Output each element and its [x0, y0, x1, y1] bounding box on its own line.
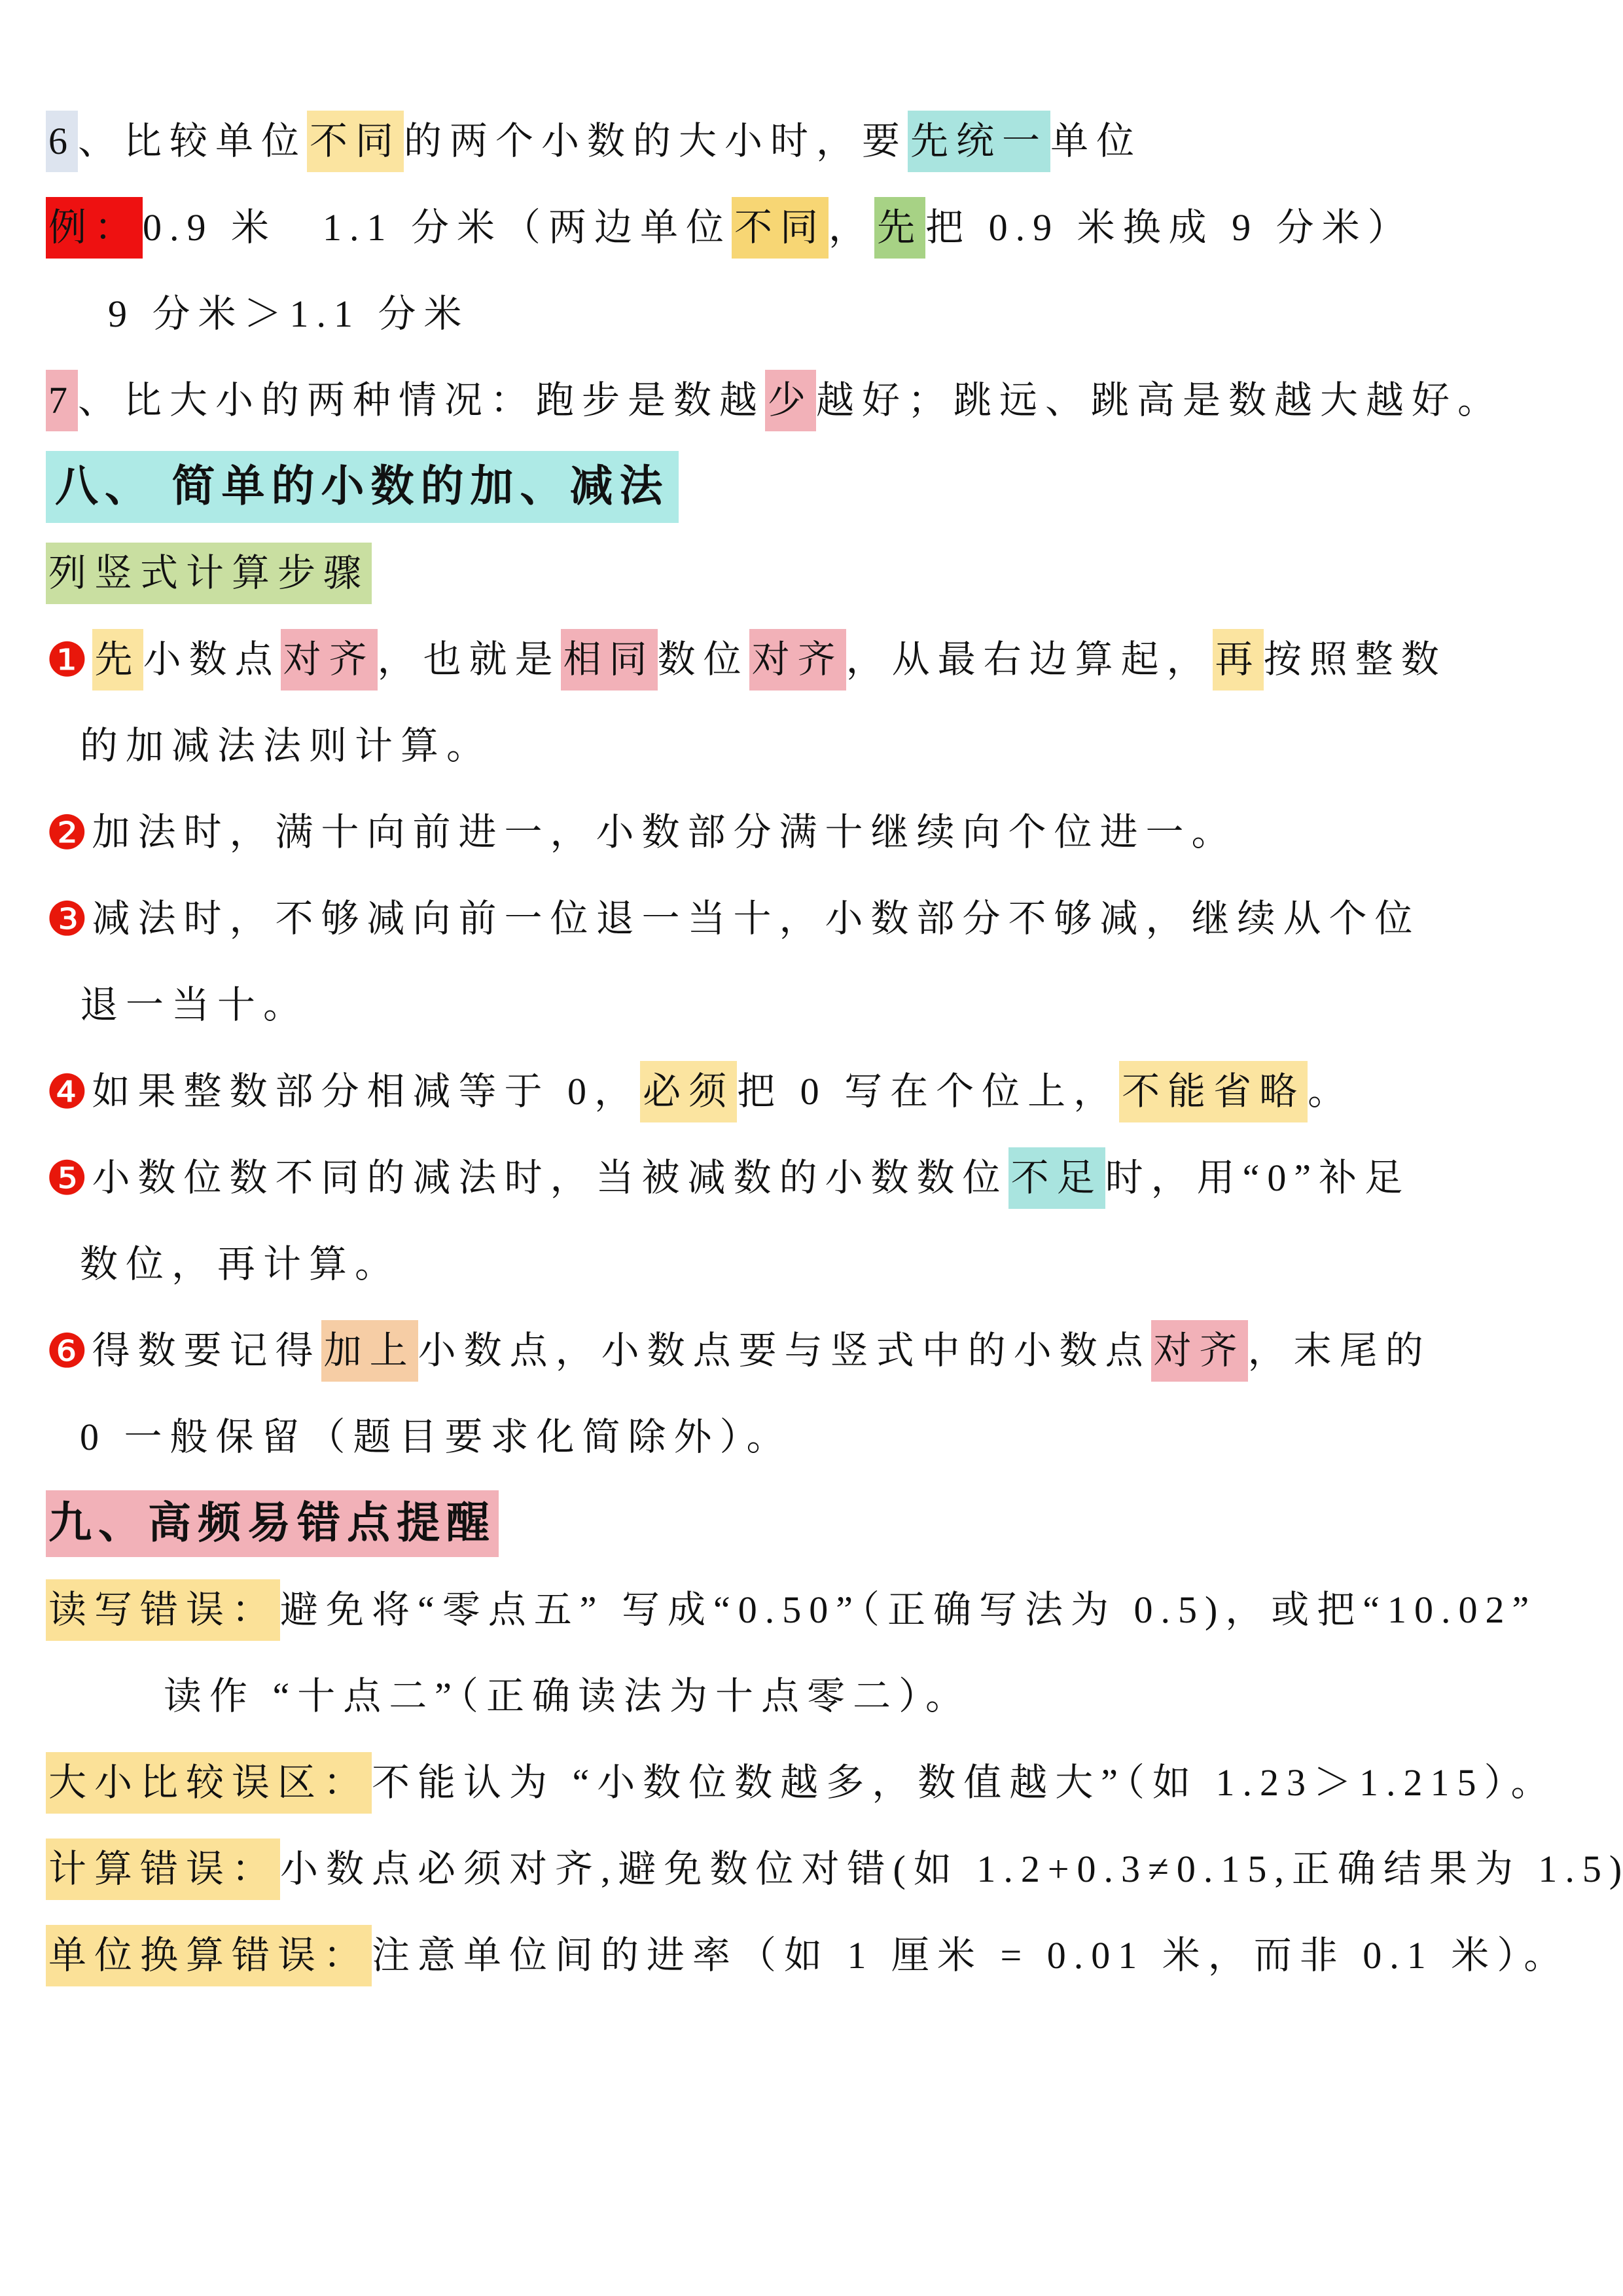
highlighted-text: 对齐 — [281, 629, 378, 691]
plain-text: 小数位数不同的减法时，当被减数的小数数位 — [92, 1159, 1008, 1197]
highlighted-text: 相同 — [561, 629, 658, 691]
highlighted-text: 不同 — [732, 197, 829, 259]
plain-text: 注意单位间的进率（如 1 厘米 = 0.01 米，而非 0.1 米）。 — [372, 1937, 1569, 1975]
plain-text: ，末尾的 — [1248, 1332, 1431, 1370]
subsection-title: 列竖式计算步骤 — [46, 530, 1597, 617]
highlighted-text: 九、高频易错点提醒 — [46, 1490, 499, 1557]
error-unit-line: 单位换算错误：注意单位间的进率（如 1 厘米 = 0.01 米，而非 0.1 米… — [46, 1912, 1597, 1999]
highlighted-text: 不同 — [307, 111, 404, 172]
highlighted-text: 再 — [1213, 629, 1264, 691]
plain-text: 小数点必须对齐,避免数位对错(如 1.2+0.3≠0.15,正确结果为 1.5)… — [280, 1850, 1623, 1888]
point-6-line: 6、比较单位不同的两个小数的大小时，要先统一单位 — [46, 98, 1597, 185]
example-line: 例：0.9 米 1.1 分米（两边单位不同，先把 0.9 米换成 9 分米） — [46, 185, 1597, 271]
step-3-line: ❸减法时，不够减向前一位退一当十，小数部分不够减，继续从个位 — [46, 876, 1597, 962]
plain-text: 0.9 米 1.1 分米（两边单位 — [143, 209, 732, 247]
step-number-badge: ❸ — [46, 895, 88, 942]
plain-text: 读作 “十点二”（正确读法为十点零二）。 — [164, 1677, 971, 1715]
step-3-continuation: 退一当十。 — [46, 962, 1597, 1049]
error-compare-line: 大小比较误区： 不能认为 “小数位数越多，数值越大”（如 1.23＞1.215）… — [46, 1740, 1597, 1826]
point-7-line: 7、比大小的两种情况：跑步是数越少越好；跳远、跳高是数越大越好。 — [46, 357, 1597, 444]
step-1-line: ❶先小数点对齐，也就是相同数位对齐，从最右边算起，再按照整数 — [46, 617, 1597, 703]
plain-text: 越好；跳远、跳高是数越大越好。 — [816, 382, 1503, 420]
plain-text: ，从最右边算起， — [846, 641, 1213, 679]
plain-text: 按照整数 — [1264, 641, 1447, 679]
step-number-badge: ❻ — [46, 1327, 88, 1374]
step-number-badge: ❶ — [46, 636, 88, 683]
plain-text: 减法时，不够减向前一位退一当十，小数部分不够减，继续从个位 — [92, 900, 1421, 938]
plain-text: 如果整数部分相减等于 0， — [92, 1073, 641, 1111]
plain-text: 0 一般保留（题目要求化简除外）。 — [80, 1418, 793, 1456]
highlighted-text: 对齐 — [1151, 1320, 1248, 1382]
step-5-line: ❺小数位数不同的减法时，当被减数的小数数位不足时，用“0”补足 — [46, 1135, 1597, 1221]
step-number-badge: ❹ — [46, 1068, 88, 1115]
error-read-write-line: 读写错误：避免将“零点五” 写成“0.50”（正确写法为 0.5)，或把“10.… — [46, 1567, 1597, 1653]
highlighted-text: 列竖式计算步骤 — [46, 543, 372, 604]
highlighted-text: 7 — [46, 370, 78, 431]
section-9-header: 九、高频易错点提醒 — [46, 1480, 1597, 1567]
plain-text: 数位，再计算。 — [80, 1246, 401, 1283]
step-6-line: ❻得数要记得加上小数点，小数点要与竖式中的小数点对齐，末尾的 — [46, 1308, 1597, 1394]
plain-text: 不能认为 “小数位数越多，数值越大”（如 1.23＞1.215）。 — [372, 1764, 1557, 1802]
plain-text: 退一当十。 — [80, 986, 309, 1024]
highlighted-text: 读写错误： — [46, 1579, 280, 1641]
highlighted-text: 例： — [46, 197, 143, 259]
highlighted-text: 计算错误： — [46, 1839, 280, 1900]
plain-text: 把 0.9 米换成 9 分米） — [925, 209, 1414, 247]
highlighted-text: 不能省略 — [1119, 1061, 1308, 1122]
highlighted-text: 必须 — [640, 1061, 737, 1122]
plain-text: 得数要记得 — [92, 1332, 321, 1370]
highlighted-text: 少 — [765, 370, 816, 431]
error-read-write-continuation: 读作 “十点二”（正确读法为十点零二）。 — [46, 1653, 1597, 1740]
step-1-continuation: 的加减法法则计算。 — [46, 703, 1597, 789]
highlighted-text: 加上 — [321, 1320, 418, 1382]
highlighted-text: 不足 — [1008, 1147, 1105, 1209]
plain-text: 数位 — [658, 641, 749, 679]
plain-text: 小数点，小数点要与竖式中的小数点 — [418, 1332, 1151, 1370]
highlighted-text: 八、 简单的小数的加、减法 — [46, 451, 679, 523]
example-result-line: 9 分米＞1.1 分米 — [46, 271, 1597, 357]
error-calc-line: 计算错误：小数点必须对齐,避免数位对错(如 1.2+0.3≠0.15,正确结果为… — [46, 1826, 1597, 1912]
notes-page: 6、比较单位不同的两个小数的大小时，要先统一单位例：0.9 米 1.1 分米（两… — [0, 0, 1623, 2296]
plain-text: 时，用“0”补足 — [1105, 1159, 1411, 1197]
plain-text: 的两个小数的大小时，要 — [404, 122, 908, 160]
plain-text: 加法时，满十向前进一，小数部分满十继续向个位进一。 — [92, 814, 1238, 852]
highlighted-text: 6 — [46, 111, 78, 172]
plain-text: 把 0 写在个位上， — [737, 1073, 1119, 1111]
plain-text: 。 — [1308, 1073, 1353, 1111]
step-4-line: ❹如果整数部分相减等于 0，必须把 0 写在个位上，不能省略。 — [46, 1049, 1597, 1135]
step-2-line: ❷加法时，满十向前进一，小数部分满十继续向个位进一。 — [46, 789, 1597, 876]
plain-text: ，也就是 — [378, 641, 561, 679]
plain-text: 9 分米＞1.1 分米 — [108, 295, 470, 333]
highlighted-text: 大小比较误区： — [46, 1752, 372, 1814]
plain-text: 、比大小的两种情况：跑步是数越 — [78, 382, 765, 420]
plain-text: ， — [829, 209, 874, 247]
highlighted-text: 先统一 — [908, 111, 1050, 172]
plain-text: 单位 — [1050, 122, 1142, 160]
highlighted-text: 先 — [92, 629, 143, 691]
section-8-header: 八、 简单的小数的加、减法 — [46, 444, 1597, 530]
step-number-badge: ❷ — [46, 809, 88, 856]
step-6-continuation: 0 一般保留（题目要求化简除外）。 — [46, 1394, 1597, 1480]
highlighted-text: 单位换算错误： — [46, 1925, 372, 1986]
highlighted-text: 对齐 — [749, 629, 846, 691]
plain-text: 避免将“零点五” 写成“0.50”（正确写法为 0.5)，或把“10.02” — [280, 1591, 1537, 1629]
step-number-badge: ❺ — [46, 1155, 88, 1202]
plain-text: 的加减法法则计算。 — [80, 727, 492, 765]
step-5-continuation: 数位，再计算。 — [46, 1221, 1597, 1308]
highlighted-text: 先 — [874, 197, 925, 259]
plain-text: 小数点 — [143, 641, 281, 679]
plain-text: 、比较单位 — [78, 122, 307, 160]
